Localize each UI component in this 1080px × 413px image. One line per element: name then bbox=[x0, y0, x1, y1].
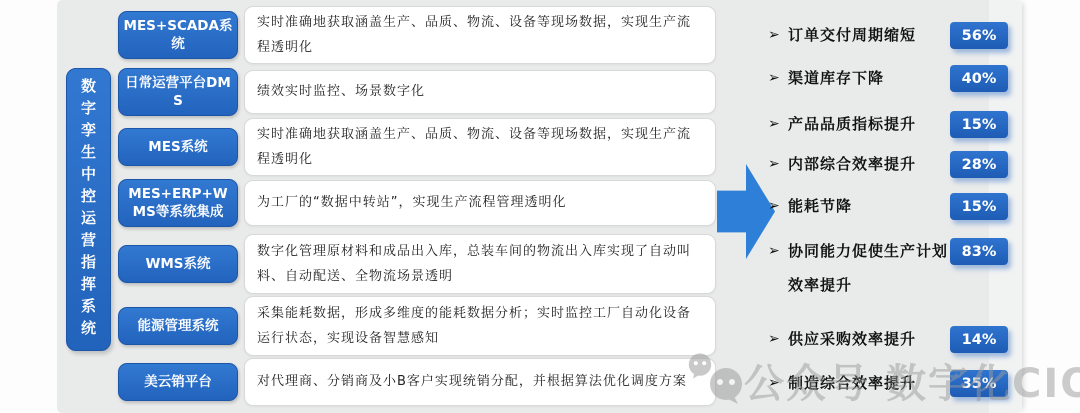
system-row: 美云销平台 对代理商、分销商及小B客户实现统销分配，并根据算法优化调度方案 bbox=[118, 358, 716, 406]
arrow-bullet-icon: ➢ bbox=[768, 61, 788, 95]
outcome-value-badge: 28% bbox=[950, 151, 1008, 178]
outcome-label: 订单交付周期缩短 bbox=[788, 18, 950, 52]
outcome-value-badge: 56% bbox=[950, 22, 1008, 49]
system-description: 采集能耗数据，形成多维度的能耗数据分析；实时监控工厂自动化设备运行状态，实现设备… bbox=[244, 296, 716, 356]
system-description: 实时准确地获取涵盖生产、品质、物流、设备等现场数据，实现生产流程透明化 bbox=[244, 6, 716, 64]
system-description: 数字化管理原材料和成品出入库，总装车间的物流出入库实现了自动叫料、自动配送、全物… bbox=[244, 234, 716, 294]
arrow-bullet-icon: ➢ bbox=[768, 147, 788, 181]
arrow-bullet-icon: ➢ bbox=[768, 234, 788, 268]
outcome-row: ➢ 制造综合效率提升 35% bbox=[768, 366, 1072, 400]
system-box-dms: 日常运营平台DMS bbox=[118, 68, 238, 116]
arrow-bullet-icon: ➢ bbox=[768, 18, 788, 52]
outcome-label: 制造综合效率提升 bbox=[788, 366, 950, 400]
outcome-value-badge: 35% bbox=[950, 370, 1008, 397]
sidebar-title: 数字孪生中控运营指挥系统 bbox=[66, 68, 111, 351]
system-row: MES系统 实时准确地获取涵盖生产、品质、物流、设备等现场数据，实现生产流程透明… bbox=[118, 118, 716, 176]
infographic-canvas: 数字孪生中控运营指挥系统 MES+SCADA系统 实时准确地获取涵盖生产、品质、… bbox=[0, 0, 1080, 413]
outcome-label: 产品品质指标提升 bbox=[788, 107, 950, 141]
system-box-mes: MES系统 bbox=[118, 128, 238, 166]
arrow-bullet-icon: ➢ bbox=[768, 189, 788, 223]
system-description: 实时准确地获取涵盖生产、品质、物流、设备等现场数据，实现生产流程透明化 bbox=[244, 118, 716, 176]
outcome-row: ➢ 渠道库存下降 40% bbox=[768, 61, 1072, 95]
outcome-label: 能耗节降 bbox=[788, 189, 950, 223]
system-description: 为工厂的“数据中转站”，实现生产流程管理透明化 bbox=[244, 180, 716, 226]
outcome-row: ➢ 订单交付周期缩短 56% bbox=[768, 18, 1072, 52]
outcome-value-badge: 40% bbox=[950, 65, 1008, 92]
arrow-bullet-icon: ➢ bbox=[768, 322, 788, 356]
system-box-meiyunxiao: 美云销平台 bbox=[118, 363, 238, 401]
outcome-row: ➢ 能耗节降 15% bbox=[768, 189, 1072, 223]
outcome-row: ➢ 产品品质指标提升 15% bbox=[768, 107, 1072, 141]
system-box-energy: 能源管理系统 bbox=[118, 307, 238, 345]
outcome-row: ➢ 供应采购效率提升 14% bbox=[768, 322, 1072, 356]
system-description: 绩效实时监控、场景数字化 bbox=[244, 70, 716, 114]
outcome-value-badge: 83% bbox=[950, 238, 1008, 265]
outcome-label: 协同能力促使生产计划效率提升 bbox=[788, 234, 950, 302]
outcome-row: ➢ 内部综合效率提升 28% bbox=[768, 147, 1072, 181]
system-row: 能源管理系统 采集能耗数据，形成多维度的能耗数据分析；实时监控工厂自动化设备运行… bbox=[118, 296, 716, 356]
system-box-wms: WMS系统 bbox=[118, 245, 238, 283]
outcome-label: 内部综合效率提升 bbox=[788, 147, 950, 181]
arrow-bullet-icon: ➢ bbox=[768, 366, 788, 400]
outcome-value-badge: 14% bbox=[950, 326, 1008, 353]
system-box-mes-erp-wms: MES+ERP+WMS等系统集成 bbox=[118, 179, 238, 227]
outcome-label: 渠道库存下降 bbox=[788, 61, 950, 95]
system-row: MES+SCADA系统 实时准确地获取涵盖生产、品质、物流、设备等现场数据，实现… bbox=[118, 6, 716, 64]
system-row: 日常运营平台DMS 绩效实时监控、场景数字化 bbox=[118, 70, 716, 114]
system-row: MES+ERP+WMS等系统集成 为工厂的“数据中转站”，实现生产流程管理透明化 bbox=[118, 180, 716, 226]
outcome-row: ➢ 协同能力促使生产计划效率提升 83% bbox=[768, 234, 1072, 302]
arrow-bullet-icon: ➢ bbox=[768, 107, 788, 141]
outcome-label: 供应采购效率提升 bbox=[788, 322, 950, 356]
system-box-mes-scada: MES+SCADA系统 bbox=[118, 11, 238, 59]
outcome-value-badge: 15% bbox=[950, 193, 1008, 220]
system-description: 对代理商、分销商及小B客户实现统销分配，并根据算法优化调度方案 bbox=[244, 358, 716, 406]
system-row: WMS系统 数字化管理原材料和成品出入库，总装车间的物流出入库实现了自动叫料、自… bbox=[118, 234, 716, 294]
outcome-value-badge: 15% bbox=[950, 111, 1008, 138]
